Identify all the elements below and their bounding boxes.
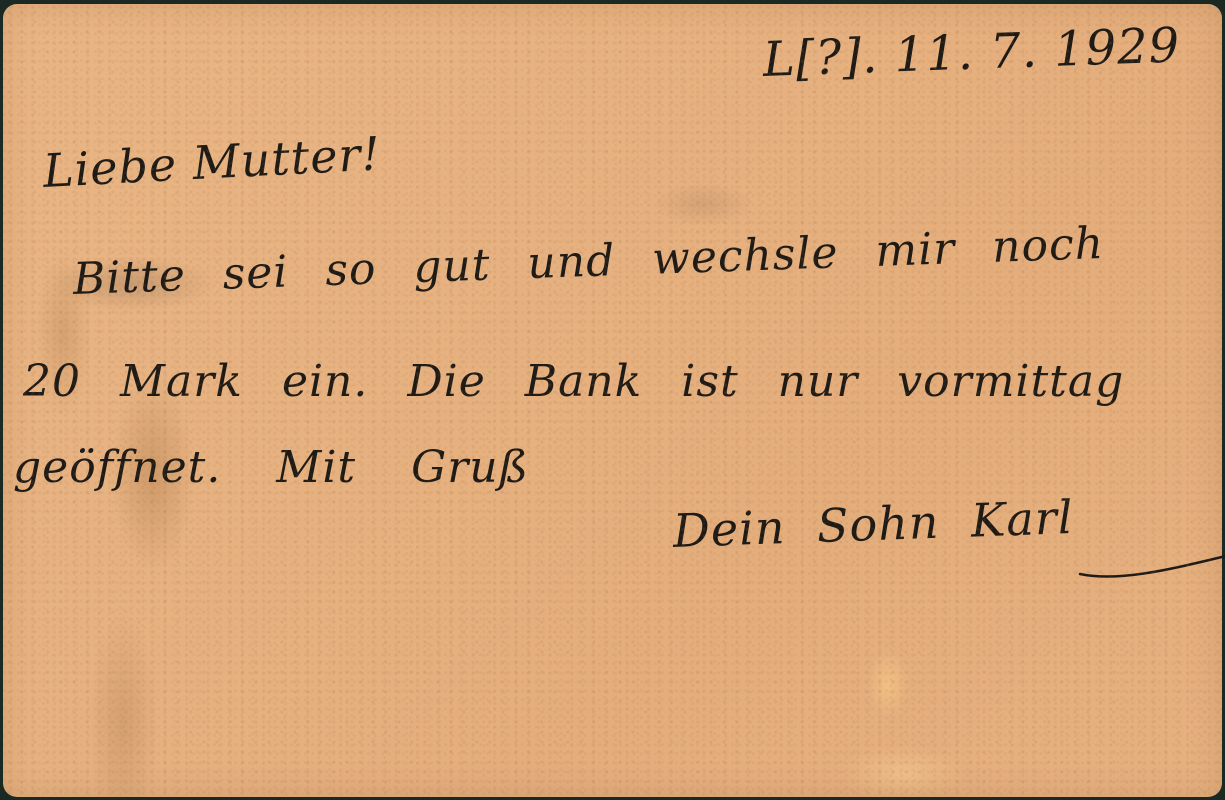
dateline: L[?]. 11. 7. 1929 <box>762 17 1181 88</box>
body-line-2: 20 Mark ein. Die Bank ist nur vormittag <box>23 356 1124 407</box>
signature-flourish-icon <box>1078 552 1225 582</box>
postcard: L[?]. 11. 7. 1929 Liebe Mutter! Bitte se… <box>3 4 1222 797</box>
salutation: Liebe Mutter! <box>42 126 383 198</box>
body-line-1: Bitte sei so gut und wechsle mir noch <box>72 218 1105 305</box>
dateline-text: L[?]. 11. 7. 1929 <box>762 17 1181 88</box>
closing-signature: Dein Sohn Karl <box>672 490 1074 558</box>
body-line-3: geöffnet. Mit Gruß <box>13 442 529 493</box>
